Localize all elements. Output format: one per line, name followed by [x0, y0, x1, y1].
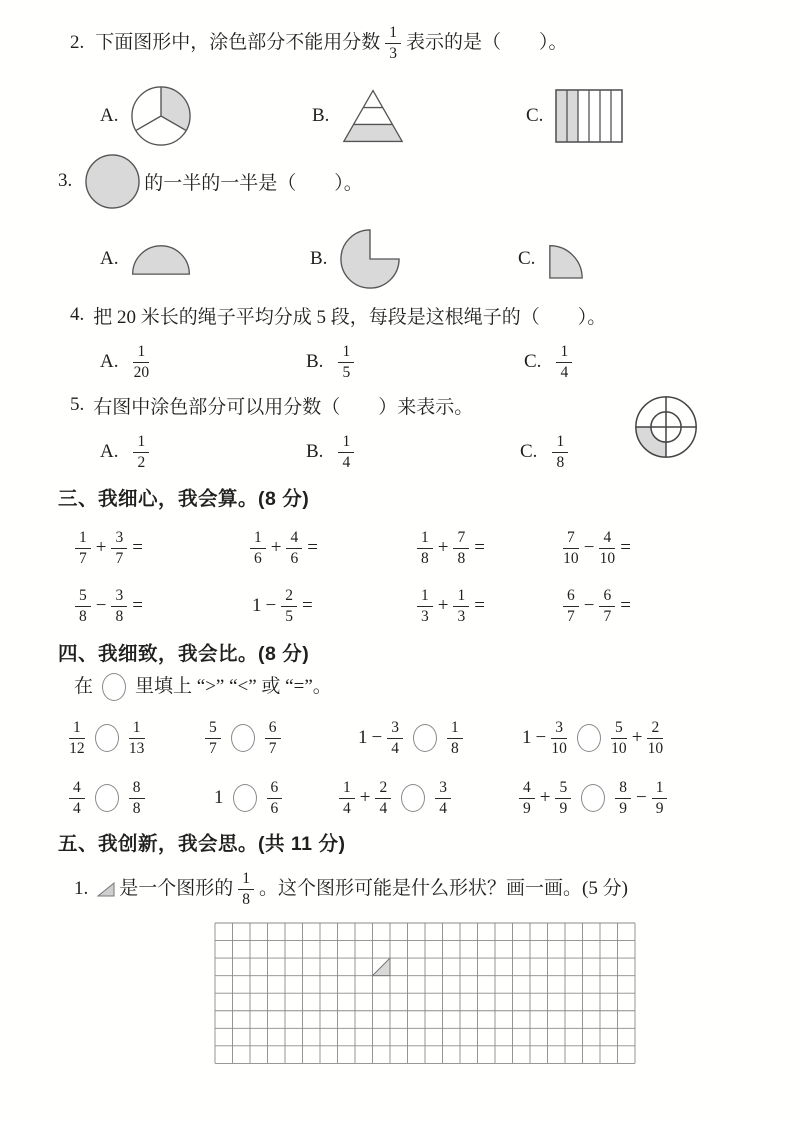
- q5-option-c: C. 18: [520, 428, 571, 476]
- expression-text: 1: [214, 788, 224, 809]
- worksheet-page: 2. 下面图形中，涂色部分不能用分数13表示的是（ ）。 A. B. C.: [0, 0, 793, 1122]
- fraction: 14: [338, 433, 354, 471]
- option-fraction: 14: [553, 343, 575, 381]
- section-4-intro: 在里填上 “>” “<” 或 “=”。: [72, 670, 334, 704]
- calc-row-1: 17+37= 16+46= 18+78= 710−410=: [0, 524, 793, 572]
- option-label: C.: [520, 441, 537, 463]
- fraction: 15: [338, 343, 354, 381]
- fraction: 57: [205, 719, 221, 757]
- fraction: 88: [129, 779, 145, 817]
- answer-circle[interactable]: [102, 673, 126, 701]
- answer-circle[interactable]: [95, 724, 119, 752]
- eighth-triangle-piece: [373, 958, 391, 976]
- fraction: 25: [281, 587, 297, 625]
- calc-expression[interactable]: 710−410=: [560, 524, 633, 572]
- fraction: 19: [652, 779, 668, 817]
- comparison-expression[interactable]: 1−3418: [356, 714, 466, 762]
- fraction: 510: [611, 719, 627, 757]
- shaded-circle-figure: [84, 153, 141, 210]
- expression-text: 1: [252, 596, 262, 617]
- q2-option-c: C.: [526, 82, 623, 150]
- compare-row-1: 112113 5767 1−3418 1−310510+210: [0, 714, 793, 762]
- rect-strips-figure: [555, 89, 623, 143]
- section-4-title: 四、我细致，我会比。(8 分): [58, 638, 309, 666]
- expression-text: =: [620, 596, 631, 617]
- fraction: 18: [417, 529, 433, 567]
- q2-option-a: A.: [100, 82, 192, 150]
- expression-text: =: [302, 596, 313, 617]
- fraction: 67: [265, 719, 281, 757]
- section-5-title: 五、我创新，我会思。(共 11 分): [58, 828, 345, 856]
- q5-option-b: B. 14: [306, 428, 357, 476]
- fraction: 12: [133, 433, 149, 471]
- fraction: 17: [75, 529, 91, 567]
- fraction: 59: [555, 779, 571, 817]
- triangle-bands-figure: [341, 87, 405, 145]
- fraction: 24: [375, 779, 391, 817]
- expression-text: +: [632, 728, 643, 749]
- calc-row-2: 58−38= 1−25= 13+13= 67−67=: [0, 582, 793, 630]
- q2-options: A. B. C.: [0, 82, 793, 150]
- q3-option-c: C.: [518, 226, 585, 292]
- expression-text: 在: [74, 677, 93, 698]
- expression-text: 下面图形中，涂色部分不能用分数: [95, 33, 380, 54]
- calc-expression[interactable]: 16+46=: [247, 524, 320, 572]
- fraction: 38: [111, 587, 127, 625]
- comparison-expression[interactable]: 14+2434: [336, 774, 454, 822]
- expression-text: +: [96, 538, 107, 559]
- fraction: 13: [385, 24, 401, 62]
- answer-circle[interactable]: [95, 784, 119, 812]
- fraction: 210: [647, 719, 663, 757]
- expression-text: =: [620, 538, 631, 559]
- option-label: C.: [526, 105, 543, 127]
- expression-text: 。这个图形可能是什么形状？画一画。(5 分): [259, 879, 628, 900]
- comparison-expression[interactable]: 5767: [202, 714, 284, 762]
- option-fraction: 15: [335, 343, 357, 381]
- fraction: 710: [563, 529, 579, 567]
- fraction: 67: [563, 587, 579, 625]
- option-label: B.: [306, 351, 323, 373]
- option-label: B.: [312, 105, 329, 127]
- expression-text: =: [474, 596, 485, 617]
- option-label: C.: [518, 248, 535, 270]
- comparison-expression[interactable]: 166: [212, 774, 285, 822]
- calc-expression[interactable]: 1−25=: [250, 582, 315, 630]
- option-label: B.: [306, 441, 323, 463]
- expression-text: +: [271, 538, 282, 559]
- expression-text: −: [584, 538, 595, 559]
- question-5: 5. 右图中涂色部分可以用分数（ ）来表示。: [70, 390, 473, 420]
- half-disc-figure: [130, 242, 192, 276]
- comparison-expression[interactable]: 4488: [66, 774, 148, 822]
- option-fraction: 18: [549, 433, 571, 471]
- option-fraction: 120: [130, 343, 152, 381]
- drawing-grid[interactable]: [214, 922, 636, 1064]
- fraction: 67: [599, 587, 615, 625]
- section-5-question-1: 1. 是一个图形的18。这个图形可能是什么形状？画一画。(5 分): [74, 866, 630, 912]
- option-label: A.: [100, 441, 118, 463]
- question-2-number: 2.: [70, 32, 84, 54]
- answer-circle[interactable]: [577, 724, 601, 752]
- option-fraction: 12: [130, 433, 152, 471]
- fraction: 49: [519, 779, 535, 817]
- expression-text: 1: [358, 728, 368, 749]
- question-3-number: 3.: [58, 170, 72, 192]
- q3-option-b: B.: [310, 226, 401, 292]
- comparison-expression[interactable]: 1−310510+210: [520, 714, 666, 762]
- q5-option-a: A. 12: [100, 428, 152, 476]
- calc-expression[interactable]: 13+13=: [414, 582, 487, 630]
- answer-circle[interactable]: [413, 724, 437, 752]
- fraction: 18: [552, 433, 568, 471]
- question-2-text: 下面图形中，涂色部分不能用分数13表示的是（ ）。: [93, 24, 569, 62]
- fraction: 66: [267, 779, 283, 817]
- answer-circle[interactable]: [581, 784, 605, 812]
- expression-text: −: [372, 728, 383, 749]
- fraction: 34: [387, 719, 403, 757]
- fraction: 112: [69, 719, 85, 757]
- expression-text: =: [307, 538, 318, 559]
- expression-text: −: [96, 596, 107, 617]
- expression-text: 1: [522, 728, 532, 749]
- question-text: 是一个图形的18。这个图形可能是什么形状？画一画。(5 分): [117, 870, 630, 908]
- option-label: A.: [100, 351, 118, 373]
- calc-expression[interactable]: 67−67=: [560, 582, 633, 630]
- fraction: 14: [339, 779, 355, 817]
- expression-text: =: [474, 538, 485, 559]
- section-3-title: 三、我细心，我会算。(8 分): [58, 483, 309, 511]
- option-label: A.: [100, 105, 118, 127]
- answer-circle[interactable]: [401, 784, 425, 812]
- expression-text: 表示的是（ ）。: [406, 33, 568, 54]
- section-4-intro-text: 在里填上 “>” “<” 或 “=”。: [72, 673, 334, 701]
- fraction: 44: [69, 779, 85, 817]
- question-2: 2. 下面图形中，涂色部分不能用分数13表示的是（ ）。: [70, 20, 570, 66]
- question-3: 3. 的一半的一半是（ ）。: [58, 150, 363, 212]
- expression-text: −: [584, 596, 595, 617]
- q4-option-b: B. 15: [306, 338, 357, 386]
- fraction: 78: [453, 529, 469, 567]
- question-4-text: 把 20 米长的绳子平均分成 5 段，每段是这根绳子的（ ）。: [93, 302, 606, 329]
- answer-circle[interactable]: [233, 784, 257, 812]
- answer-circle[interactable]: [231, 724, 255, 752]
- option-label: B.: [310, 248, 327, 270]
- q4-option-c: C. 14: [524, 338, 575, 386]
- fraction: 18: [238, 870, 254, 908]
- expression-text: +: [438, 538, 449, 559]
- circle-thirds-figure: [130, 85, 192, 147]
- q4-options: A. 120 B. 15 C. 14: [0, 338, 793, 386]
- compare-row-2: 4488 166 14+2434 49+5989−19: [0, 774, 793, 822]
- fraction: 410: [599, 529, 615, 567]
- fraction: 16: [250, 529, 266, 567]
- q5-options: A. 12 B. 14 C. 18: [0, 428, 793, 476]
- fraction: 37: [111, 529, 127, 567]
- expression-text: −: [536, 728, 547, 749]
- comparison-expression[interactable]: 49+5989−19: [516, 774, 670, 822]
- grid-svg: [214, 922, 636, 1064]
- expression-text: +: [438, 596, 449, 617]
- expression-text: +: [540, 788, 551, 809]
- fraction: 113: [129, 719, 145, 757]
- fraction: 13: [417, 587, 433, 625]
- q3-option-a: A.: [100, 226, 192, 292]
- fraction: 46: [286, 529, 302, 567]
- question-4: 4. 把 20 米长的绳子平均分成 5 段，每段是这根绳子的（ ）。: [70, 300, 606, 330]
- fraction: 18: [447, 719, 463, 757]
- q3-options: A. B. C.: [0, 226, 793, 292]
- fraction: 310: [551, 719, 567, 757]
- fraction: 34: [435, 779, 451, 817]
- three-quarter-disc-figure: [339, 228, 401, 290]
- calc-expression[interactable]: 17+37=: [72, 524, 145, 572]
- question-3-text: 的一半的一半是（ ）。: [144, 168, 363, 195]
- fraction: 58: [75, 587, 91, 625]
- expression-text: 是一个图形的: [119, 879, 233, 900]
- expression-text: −: [266, 596, 277, 617]
- q4-option-a: A. 120: [100, 338, 152, 386]
- question-5-number: 5.: [70, 394, 84, 416]
- expression-text: +: [360, 788, 371, 809]
- expression-text: −: [636, 788, 647, 809]
- comparison-expression[interactable]: 112113: [66, 714, 148, 762]
- expression-text: 里填上 “>” “<” 或 “=”。: [135, 677, 332, 698]
- fraction: 13: [453, 587, 469, 625]
- option-fraction: 14: [335, 433, 357, 471]
- expression-text: =: [132, 538, 143, 559]
- question-5-text: 右图中涂色部分可以用分数（ ）来表示。: [93, 392, 473, 419]
- option-label: A.: [100, 248, 118, 270]
- option-label: C.: [524, 351, 541, 373]
- q2-option-b: B.: [312, 82, 405, 150]
- question-4-number: 4.: [70, 304, 84, 326]
- question-number: 1.: [74, 878, 88, 900]
- quarter-disc-figure: [547, 237, 585, 281]
- calc-expression[interactable]: 58−38=: [72, 582, 145, 630]
- fraction: 89: [615, 779, 631, 817]
- shaded-right-triangle-icon: [97, 882, 115, 897]
- fraction: 14: [556, 343, 572, 381]
- expression-text: =: [132, 596, 143, 617]
- fraction: 120: [133, 343, 149, 381]
- calc-expression[interactable]: 18+78=: [414, 524, 487, 572]
